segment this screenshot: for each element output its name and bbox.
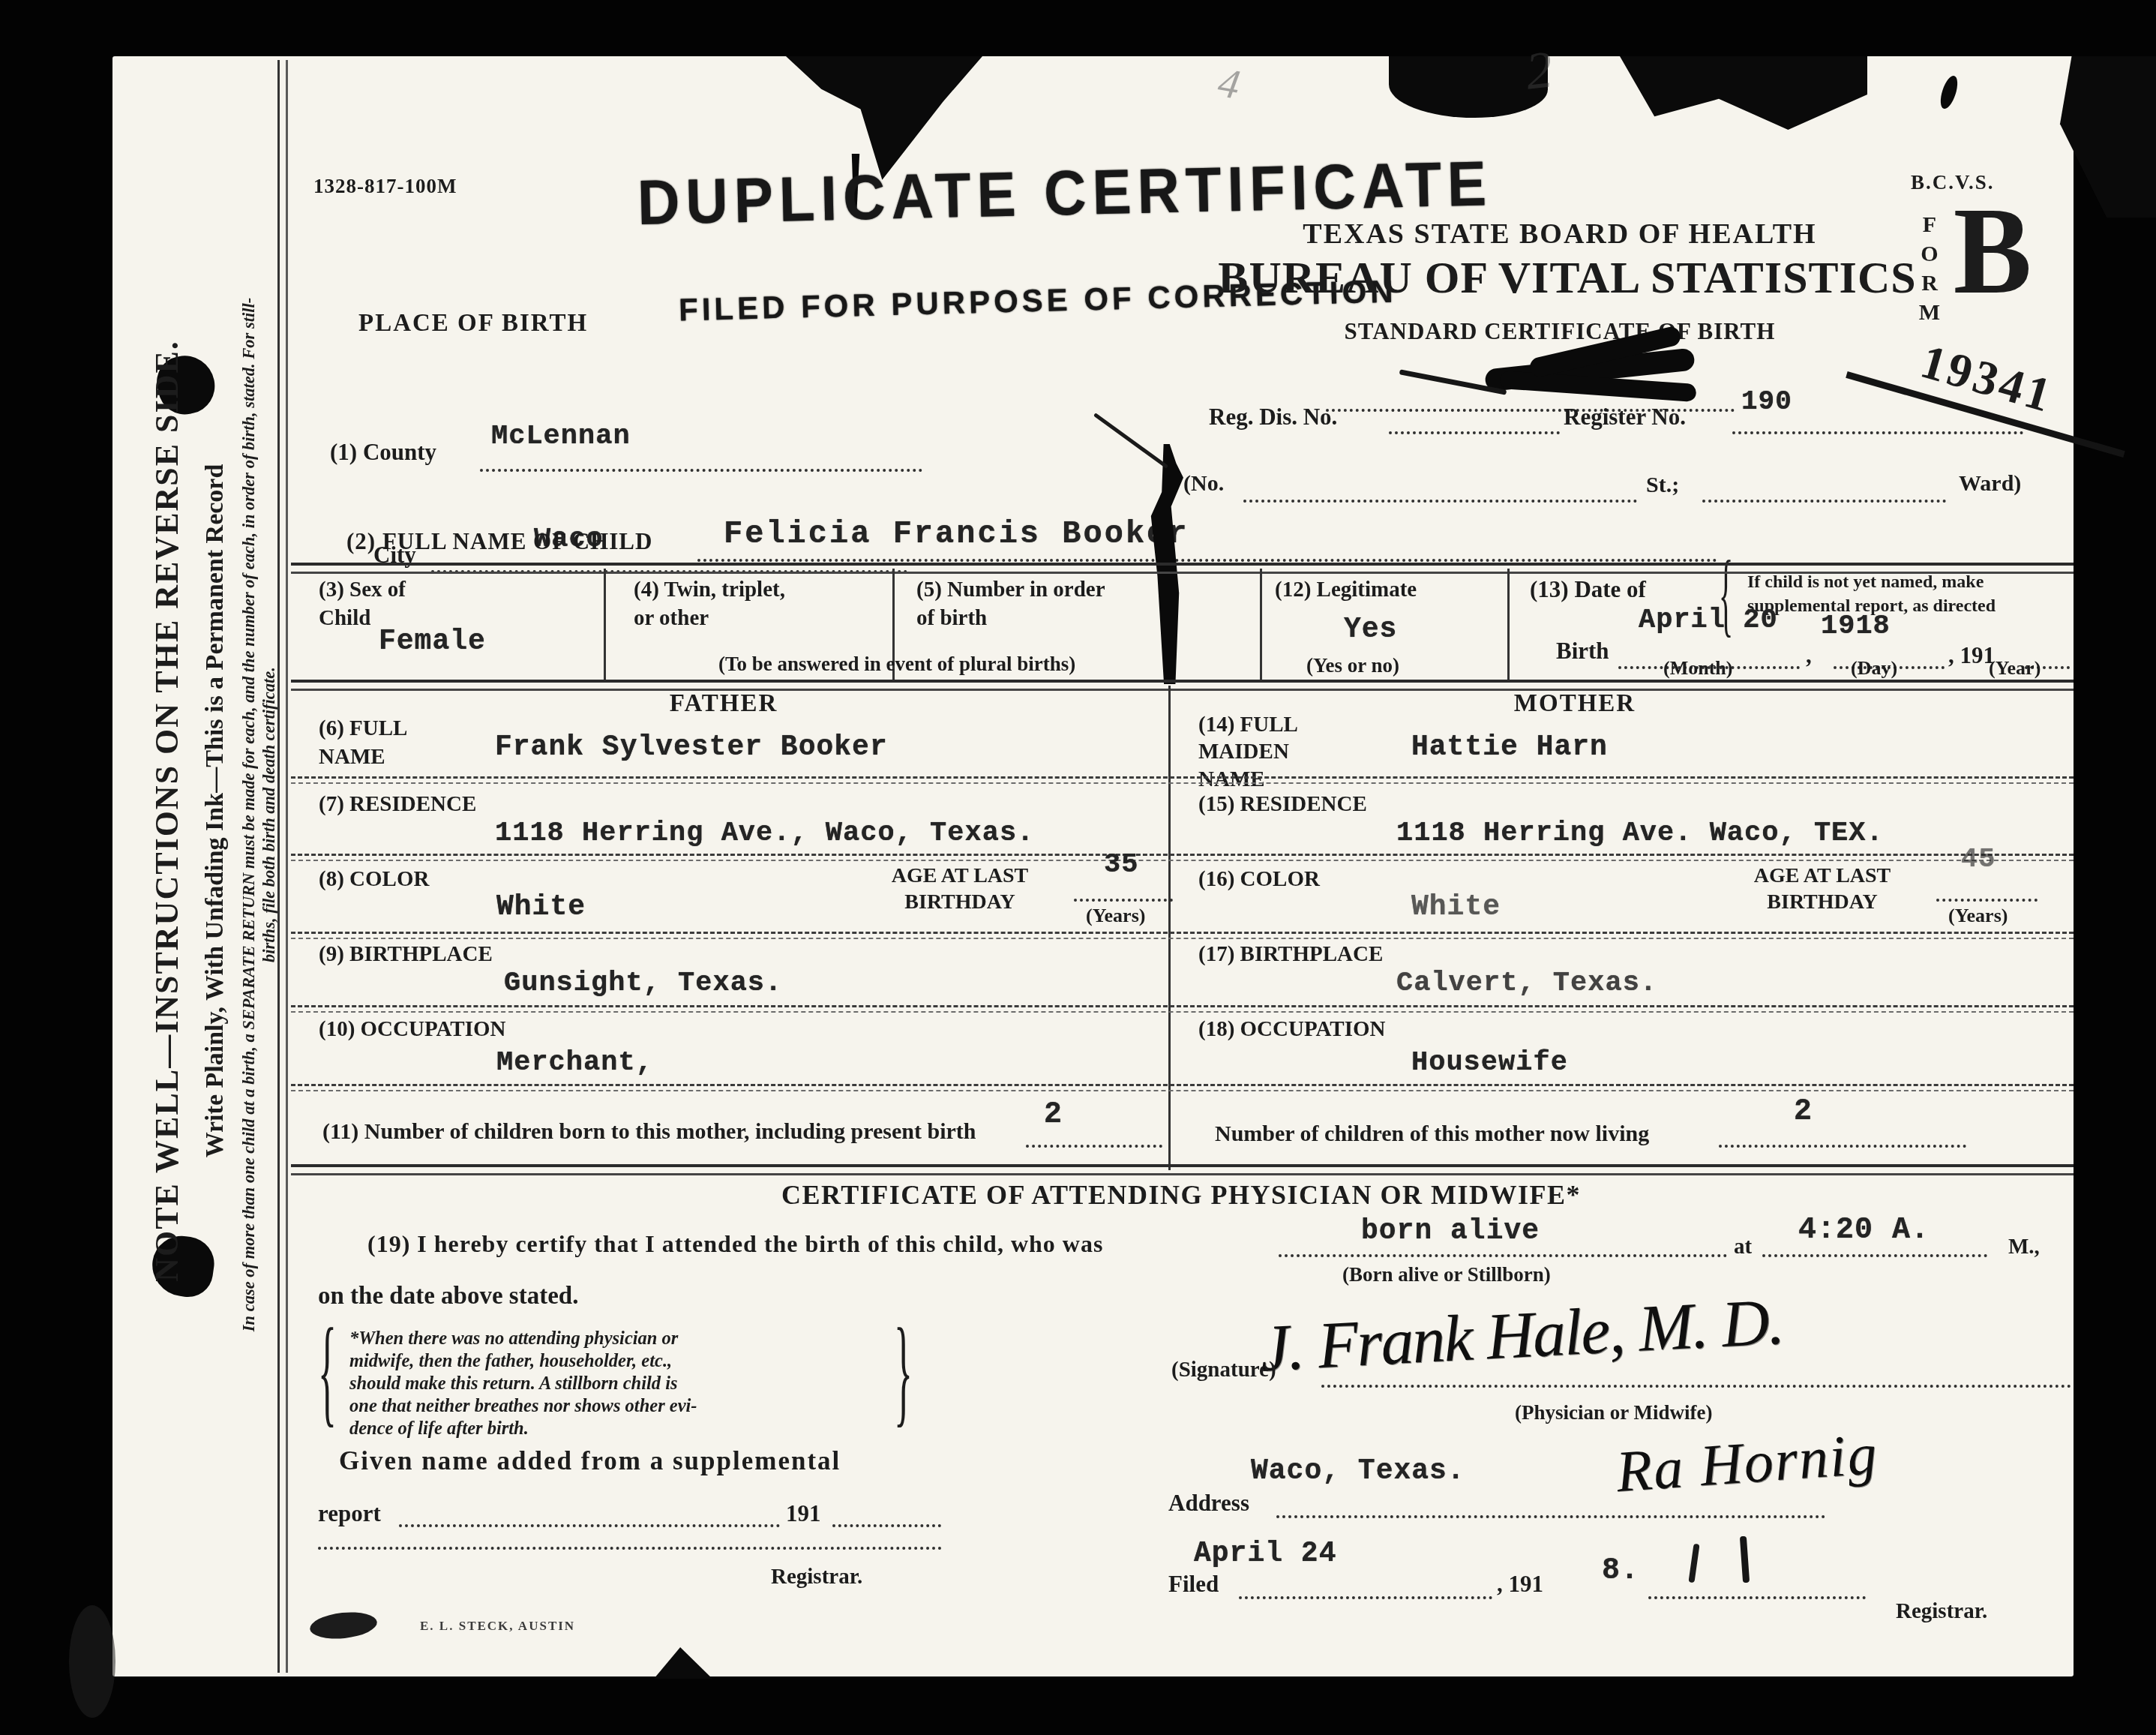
column-line <box>604 569 606 680</box>
children-born-line <box>1026 1145 1162 1148</box>
row-divider <box>291 854 2074 861</box>
birth-comma: , <box>1806 642 1812 669</box>
birth-month-value: April 20 <box>1639 605 1778 636</box>
filed-line-2 <box>1648 1596 1866 1599</box>
mother-age-value: 45 <box>1961 844 1996 875</box>
children-born-label: (11) Number of children born to this mot… <box>322 1119 976 1145</box>
born-condition-value: born alive <box>1361 1215 1540 1247</box>
child-name-line <box>697 559 1717 562</box>
filed-date-value: April 24 <box>1194 1538 1336 1570</box>
sidebar-note-well: NOTE WELL—INSTRUCTIONS ON THE REVERSE SI… <box>148 308 185 1313</box>
address-line <box>1276 1515 1825 1518</box>
row-divider <box>291 1005 2074 1013</box>
mother-color-value: White <box>1411 891 1501 923</box>
twin-label: (4) Twin, triplet, or other <box>634 576 785 632</box>
form-border-line <box>277 60 280 1673</box>
mother-birthplace-label: (17) BIRTHPLACE <box>1198 942 1383 967</box>
county-value: McLennan <box>491 421 631 452</box>
father-age-value: 35 <box>1104 849 1138 881</box>
board-of-health-title: TEXAS STATE BOARD OF HEALTH <box>1260 218 1860 251</box>
no-line <box>1243 500 1637 503</box>
form-number: 1328-817-100M <box>313 175 457 198</box>
physician-footnote: *When there was no attending physician o… <box>349 1328 889 1439</box>
children-living-label: Number of children of this mother now li… <box>1215 1121 1649 1147</box>
father-birthplace-value: Gunsight, Texas. <box>504 968 782 999</box>
no-label: (No. <box>1183 471 1224 497</box>
signature-line <box>1321 1385 2071 1388</box>
date-of-label: (13) Date of <box>1530 576 1646 603</box>
children-living-line <box>1719 1145 1966 1148</box>
children-born-value: 2 <box>1044 1098 1063 1132</box>
meridiem-label: M., <box>2008 1235 2040 1259</box>
registrar-label-right: Registrar. <box>1896 1599 1987 1624</box>
address-value: Waco, Texas. <box>1251 1455 1465 1487</box>
registrar-line-left <box>318 1547 942 1550</box>
reg-dis-line <box>1389 431 1560 434</box>
legitimate-value: Yes <box>1344 614 1397 646</box>
father-residence-label: (7) RESIDENCE <box>319 792 476 817</box>
mother-age-line <box>1936 899 2038 902</box>
st-line <box>1702 500 1946 503</box>
born-alive-note: (Born alive or Stillborn) <box>1342 1263 1551 1286</box>
father-name-value: Frank Sylvester Booker <box>495 731 888 764</box>
mother-residence-value: 1118 Herring Ave. Waco, TEX. <box>1396 818 1884 849</box>
mother-residence-label: (15) RESIDENCE <box>1198 792 1367 817</box>
father-birthplace-label: (9) BIRTHPLACE <box>319 942 493 967</box>
mother-birthplace-value: Calvert, Texas. <box>1396 968 1657 999</box>
mother-name-value: Hattie Harn <box>1411 731 1608 764</box>
birth-day-value: 1918 <box>1821 611 1891 642</box>
form-word-vertical: F O R M <box>1914 210 1945 327</box>
father-occupation-value: Merchant, <box>496 1047 653 1079</box>
father-color-value: White <box>496 891 586 923</box>
scanned-birth-certificate: NOTE WELL—INSTRUCTIONS ON THE REVERSE SI… <box>0 0 2156 1735</box>
register-no-line <box>1732 431 2023 434</box>
table-rule-row1-bottom <box>291 680 2074 691</box>
mother-years-label: (Years) <box>1948 905 2008 927</box>
row-divider <box>291 932 2074 939</box>
register-no-label: Register No. <box>1564 404 1686 431</box>
month-sublabel: (Month) <box>1663 657 1732 680</box>
filed-year-value: 8. <box>1602 1554 1639 1588</box>
father-name-label: (6) FULL NAME <box>319 715 407 771</box>
date-stated-text: on the date above stated. <box>318 1283 578 1310</box>
children-living-value: 2 <box>1794 1095 1813 1129</box>
reg-dis-label: Reg. Dis. No. <box>1209 404 1337 431</box>
footnote-brace-left: { <box>318 1304 337 1441</box>
form-letter-b: B <box>1954 189 2032 313</box>
signature-label: (Signature) <box>1171 1358 1276 1382</box>
filed-year-printed: , 191 <box>1497 1571 1543 1598</box>
report-year-line <box>832 1524 941 1527</box>
st-label: St.; <box>1646 473 1679 498</box>
yes-or-no-note: (Yes or no) <box>1306 654 1399 677</box>
sidebar-write-plainly: Write Plainly, With Unfading Ink—This is… <box>201 323 231 1298</box>
registrar-label-left: Registrar. <box>771 1565 862 1589</box>
mother-section-title: MOTHER <box>1462 690 1687 718</box>
physician-or-midwife-note: (Physician or Midwife) <box>1515 1401 1712 1424</box>
column-line <box>1260 569 1262 680</box>
column-line <box>1507 569 1510 680</box>
mother-age-label: AGE AT LAST BIRTHDAY <box>1717 863 1927 915</box>
address-label: Address <box>1168 1490 1249 1517</box>
bureau-title: BUREAU OF VITAL STATISTICS <box>1192 252 1942 304</box>
row-divider <box>291 1084 2074 1091</box>
father-section-title: FATHER <box>611 690 836 718</box>
footnote-brace-right: } <box>894 1304 913 1441</box>
at-label: at <box>1734 1235 1752 1259</box>
child-name-label: (2) FULL NAME OF CHILD <box>346 528 652 555</box>
time-line <box>1762 1254 1987 1257</box>
printer-credit: E. L. STECK, AUSTIN <box>420 1619 575 1634</box>
report-year-printed: 191 <box>786 1500 821 1527</box>
father-occupation-label: (10) OCCUPATION <box>319 1017 505 1042</box>
father-age-label: AGE AT LAST BIRTHDAY <box>855 863 1065 915</box>
birth-order-label: (5) Number in order of birth <box>916 576 1105 632</box>
scan-smudge-bottom-left <box>69 1605 115 1718</box>
filed-label: Filed <box>1168 1571 1219 1598</box>
sidebar-separate-return: In case of more than one child at a birt… <box>239 297 283 1332</box>
physician-certificate-title: CERTIFICATE OF ATTENDING PHYSICIAN OR MI… <box>600 1179 1762 1211</box>
father-years-label: (Years) <box>1086 905 1145 927</box>
father-residence-value: 1118 Herring Ave., Waco, Texas. <box>495 818 1034 849</box>
row-divider <box>291 776 2074 784</box>
certify-text: (19) I hereby certify that I attended th… <box>367 1230 1103 1258</box>
supplemental-line: Given name added from a supplemental <box>339 1446 841 1476</box>
report-label: report <box>318 1500 381 1527</box>
place-of-birth-label: PLACE OF BIRTH <box>358 310 588 338</box>
table-rule-bottom <box>291 1164 2074 1175</box>
county-label: (1) County <box>330 439 436 466</box>
county-line <box>480 469 922 472</box>
filed-line <box>1239 1596 1492 1599</box>
form-border-line <box>286 60 288 1673</box>
year-sublabel: (Year) <box>1989 657 2041 680</box>
sex-value: Female <box>379 626 486 658</box>
birth-year-printed: , 191 <box>1948 642 1995 669</box>
center-column-line <box>1168 686 1171 1170</box>
ward-label: Ward) <box>1959 471 2021 497</box>
legitimate-label: (12) Legitimate <box>1275 578 1417 602</box>
register-no-value: 190 <box>1741 386 1792 417</box>
sex-label: (3) Sex of Child <box>319 576 406 632</box>
father-color-label: (8) COLOR <box>319 867 429 892</box>
day-sublabel: (Day) <box>1851 657 1897 680</box>
birth-word: Birth <box>1556 638 1609 665</box>
mother-occupation-label: (18) OCCUPATION <box>1198 1017 1385 1042</box>
stray-pencil-mark: 2 <box>1523 40 1555 102</box>
mother-occupation-value: Housewife <box>1411 1047 1568 1079</box>
father-age-line <box>1074 899 1173 902</box>
report-line <box>399 1524 780 1527</box>
child-name-value: Felicia Francis Booker <box>724 516 1189 552</box>
plural-births-note: (To be answered in event of plural birth… <box>718 653 1075 676</box>
mother-color-label: (16) COLOR <box>1198 867 1320 892</box>
table-rule-top <box>291 563 2074 574</box>
time-value: 4:20 A. <box>1798 1214 1930 1247</box>
born-condition-line <box>1279 1254 1727 1257</box>
